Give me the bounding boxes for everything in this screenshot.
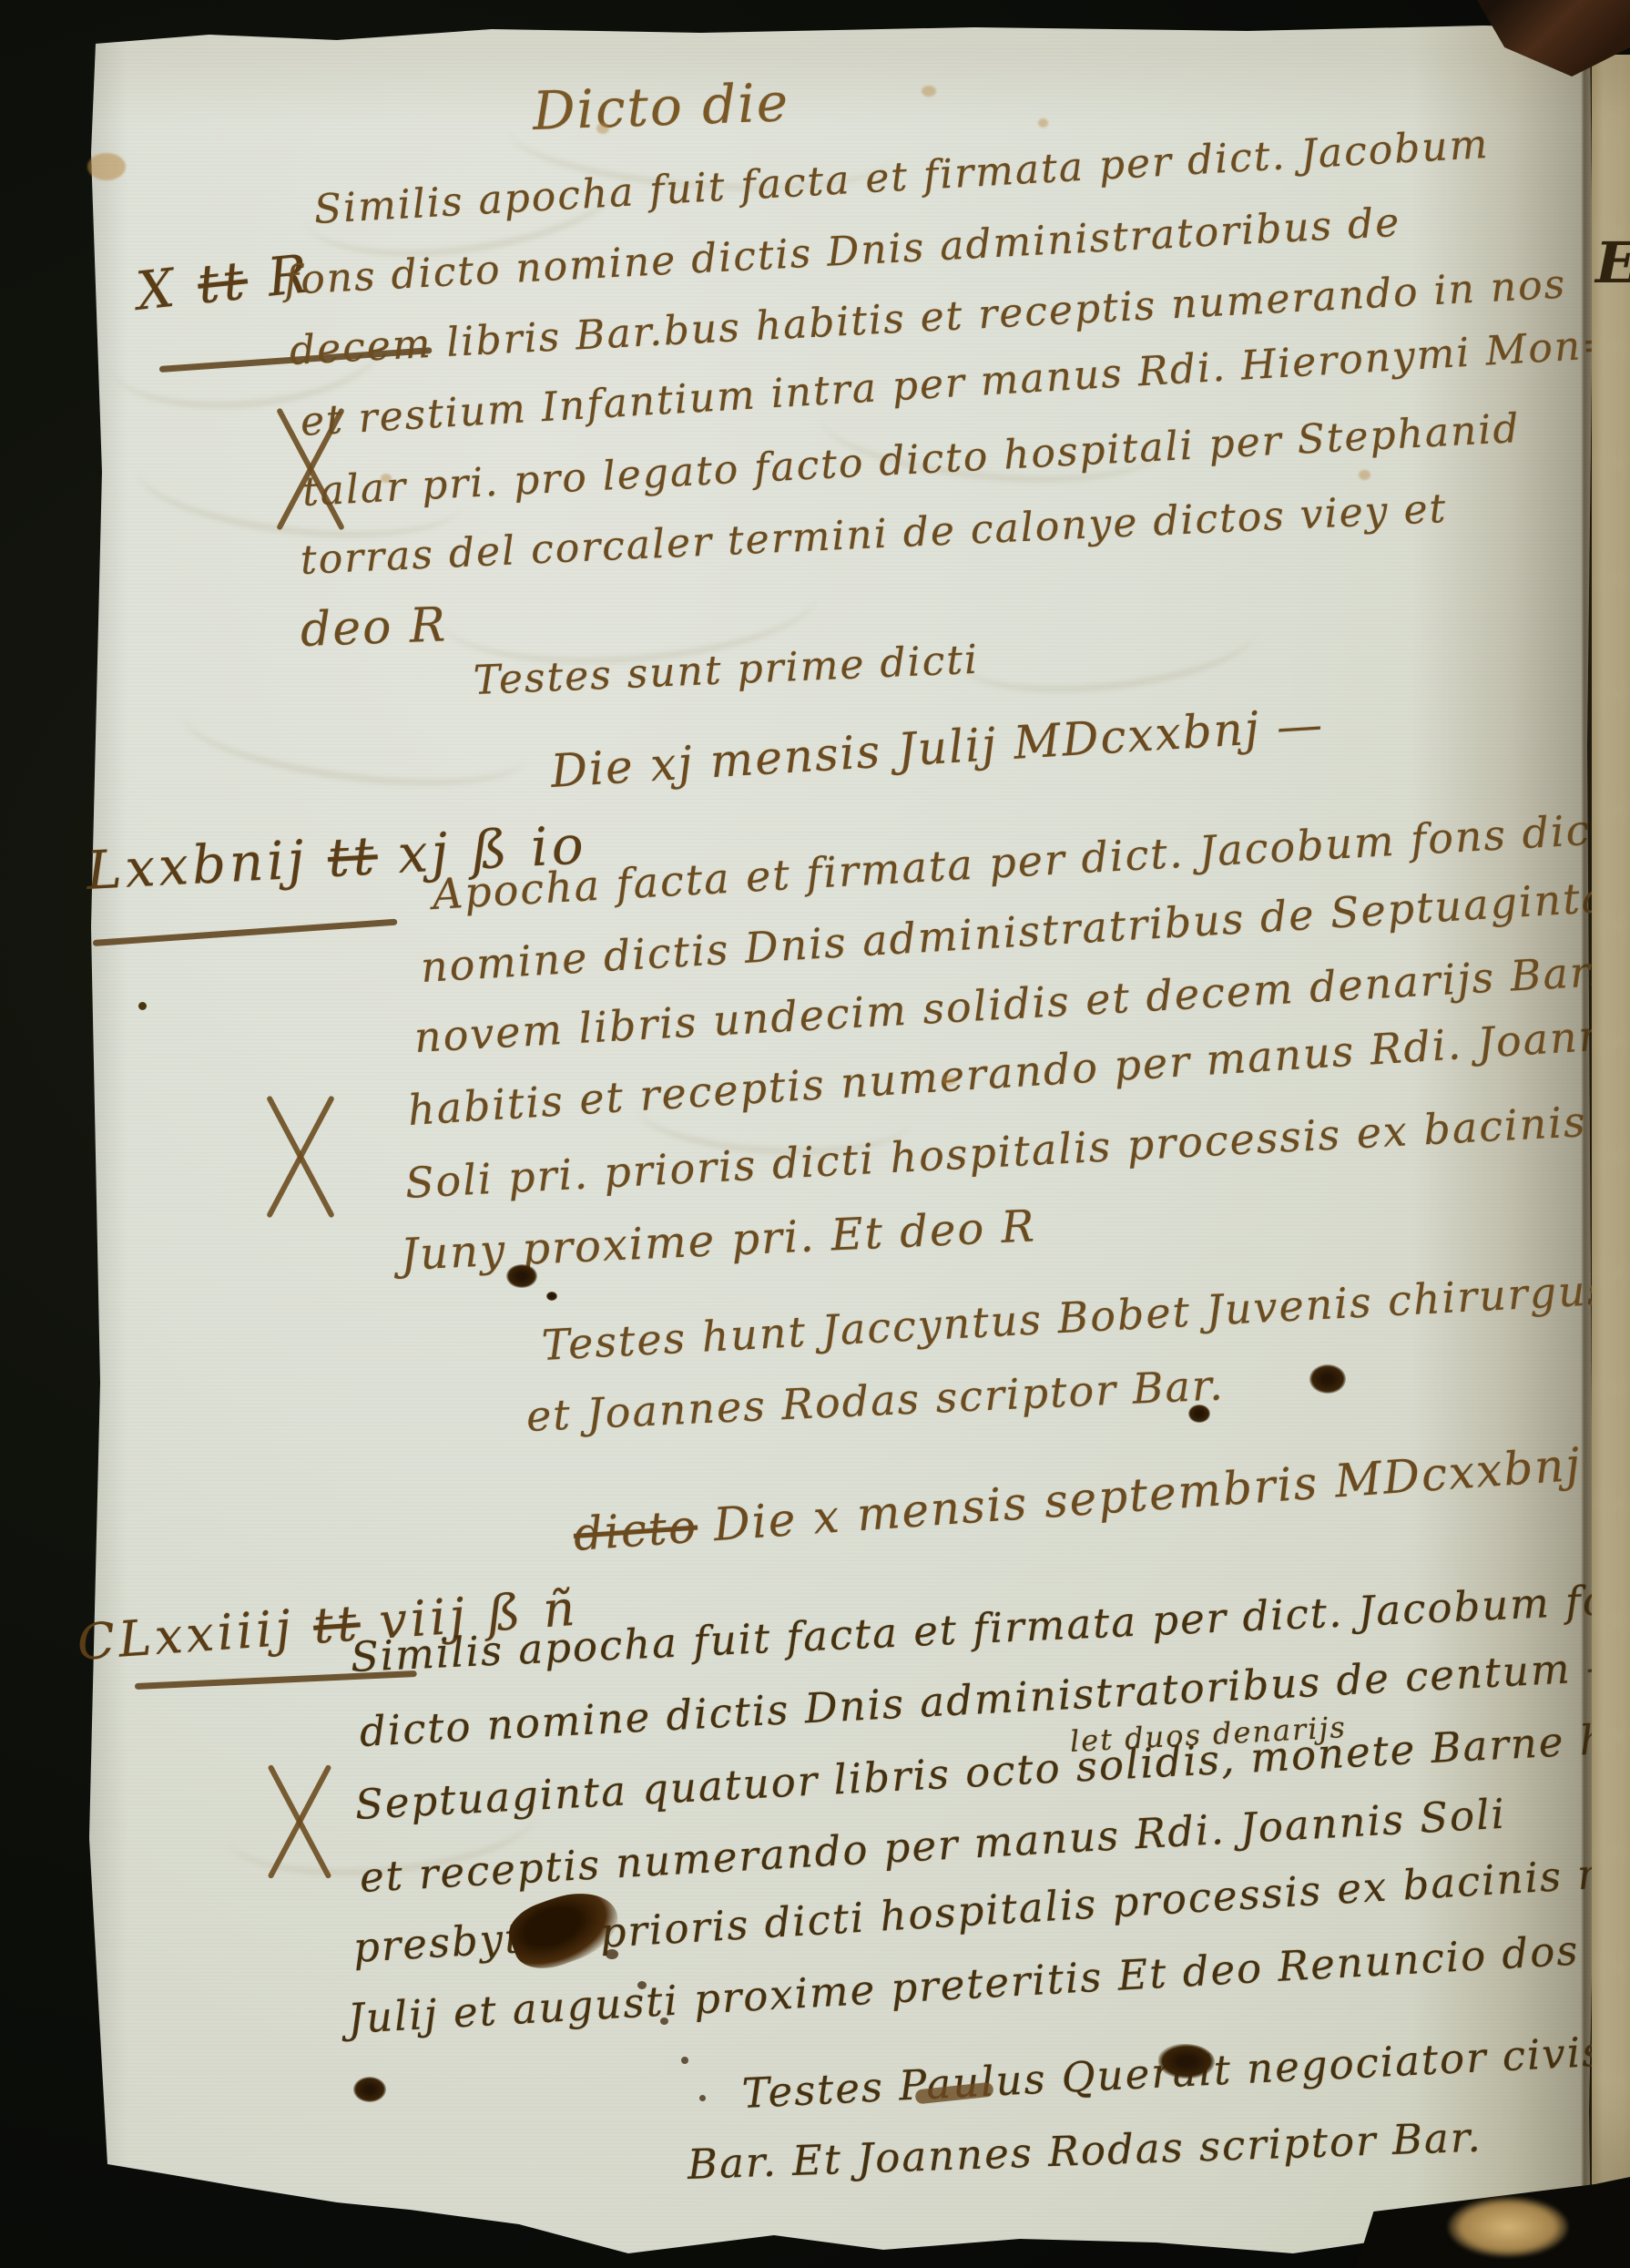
margin-amount: Lxxbnij <box>85 828 309 902</box>
struck-word: dicto <box>572 1500 699 1561</box>
margin-amount: X <box>133 256 180 322</box>
ink-speck <box>606 1949 618 1959</box>
ink-speck <box>681 2057 688 2064</box>
manuscript-line-closing-flourish: deo R <box>300 598 448 658</box>
ink-speck <box>637 1981 647 1989</box>
foxing-spot <box>1038 118 1048 128</box>
entry-heading-dicto-die: Dicto die <box>532 71 790 142</box>
ink-blot <box>1188 1405 1210 1423</box>
cancellation-x-mark <box>257 1088 339 1225</box>
margin-dot <box>138 1002 147 1010</box>
manuscript-photo: Dicto die X tt R Similis apocha fuit fac… <box>0 0 1630 2268</box>
endband-tassel <box>1448 2197 1568 2257</box>
foxing-spot <box>942 1075 956 1086</box>
foxing-spot <box>922 86 936 97</box>
foxing-spot <box>596 123 609 134</box>
foxing-spot <box>87 153 126 180</box>
ink-speck <box>660 2018 668 2025</box>
adjacent-folio-edge <box>1592 55 1630 2195</box>
ink-blot <box>1309 1364 1346 1394</box>
ink-blot <box>353 2077 386 2102</box>
ink-blot <box>506 1264 537 1288</box>
ink-blot <box>546 1292 557 1301</box>
ink-blot <box>1158 2044 1215 2079</box>
foxing-spot <box>381 474 392 483</box>
margin-unit-lliures: tt <box>326 824 379 889</box>
foxing-spot <box>1359 470 1370 480</box>
ink-speck <box>699 2095 706 2101</box>
cancellation-x-mark <box>260 1758 334 1885</box>
adjacent-folio-letter: E <box>1595 230 1630 296</box>
margin-unit-lliures: tt <box>195 249 250 315</box>
